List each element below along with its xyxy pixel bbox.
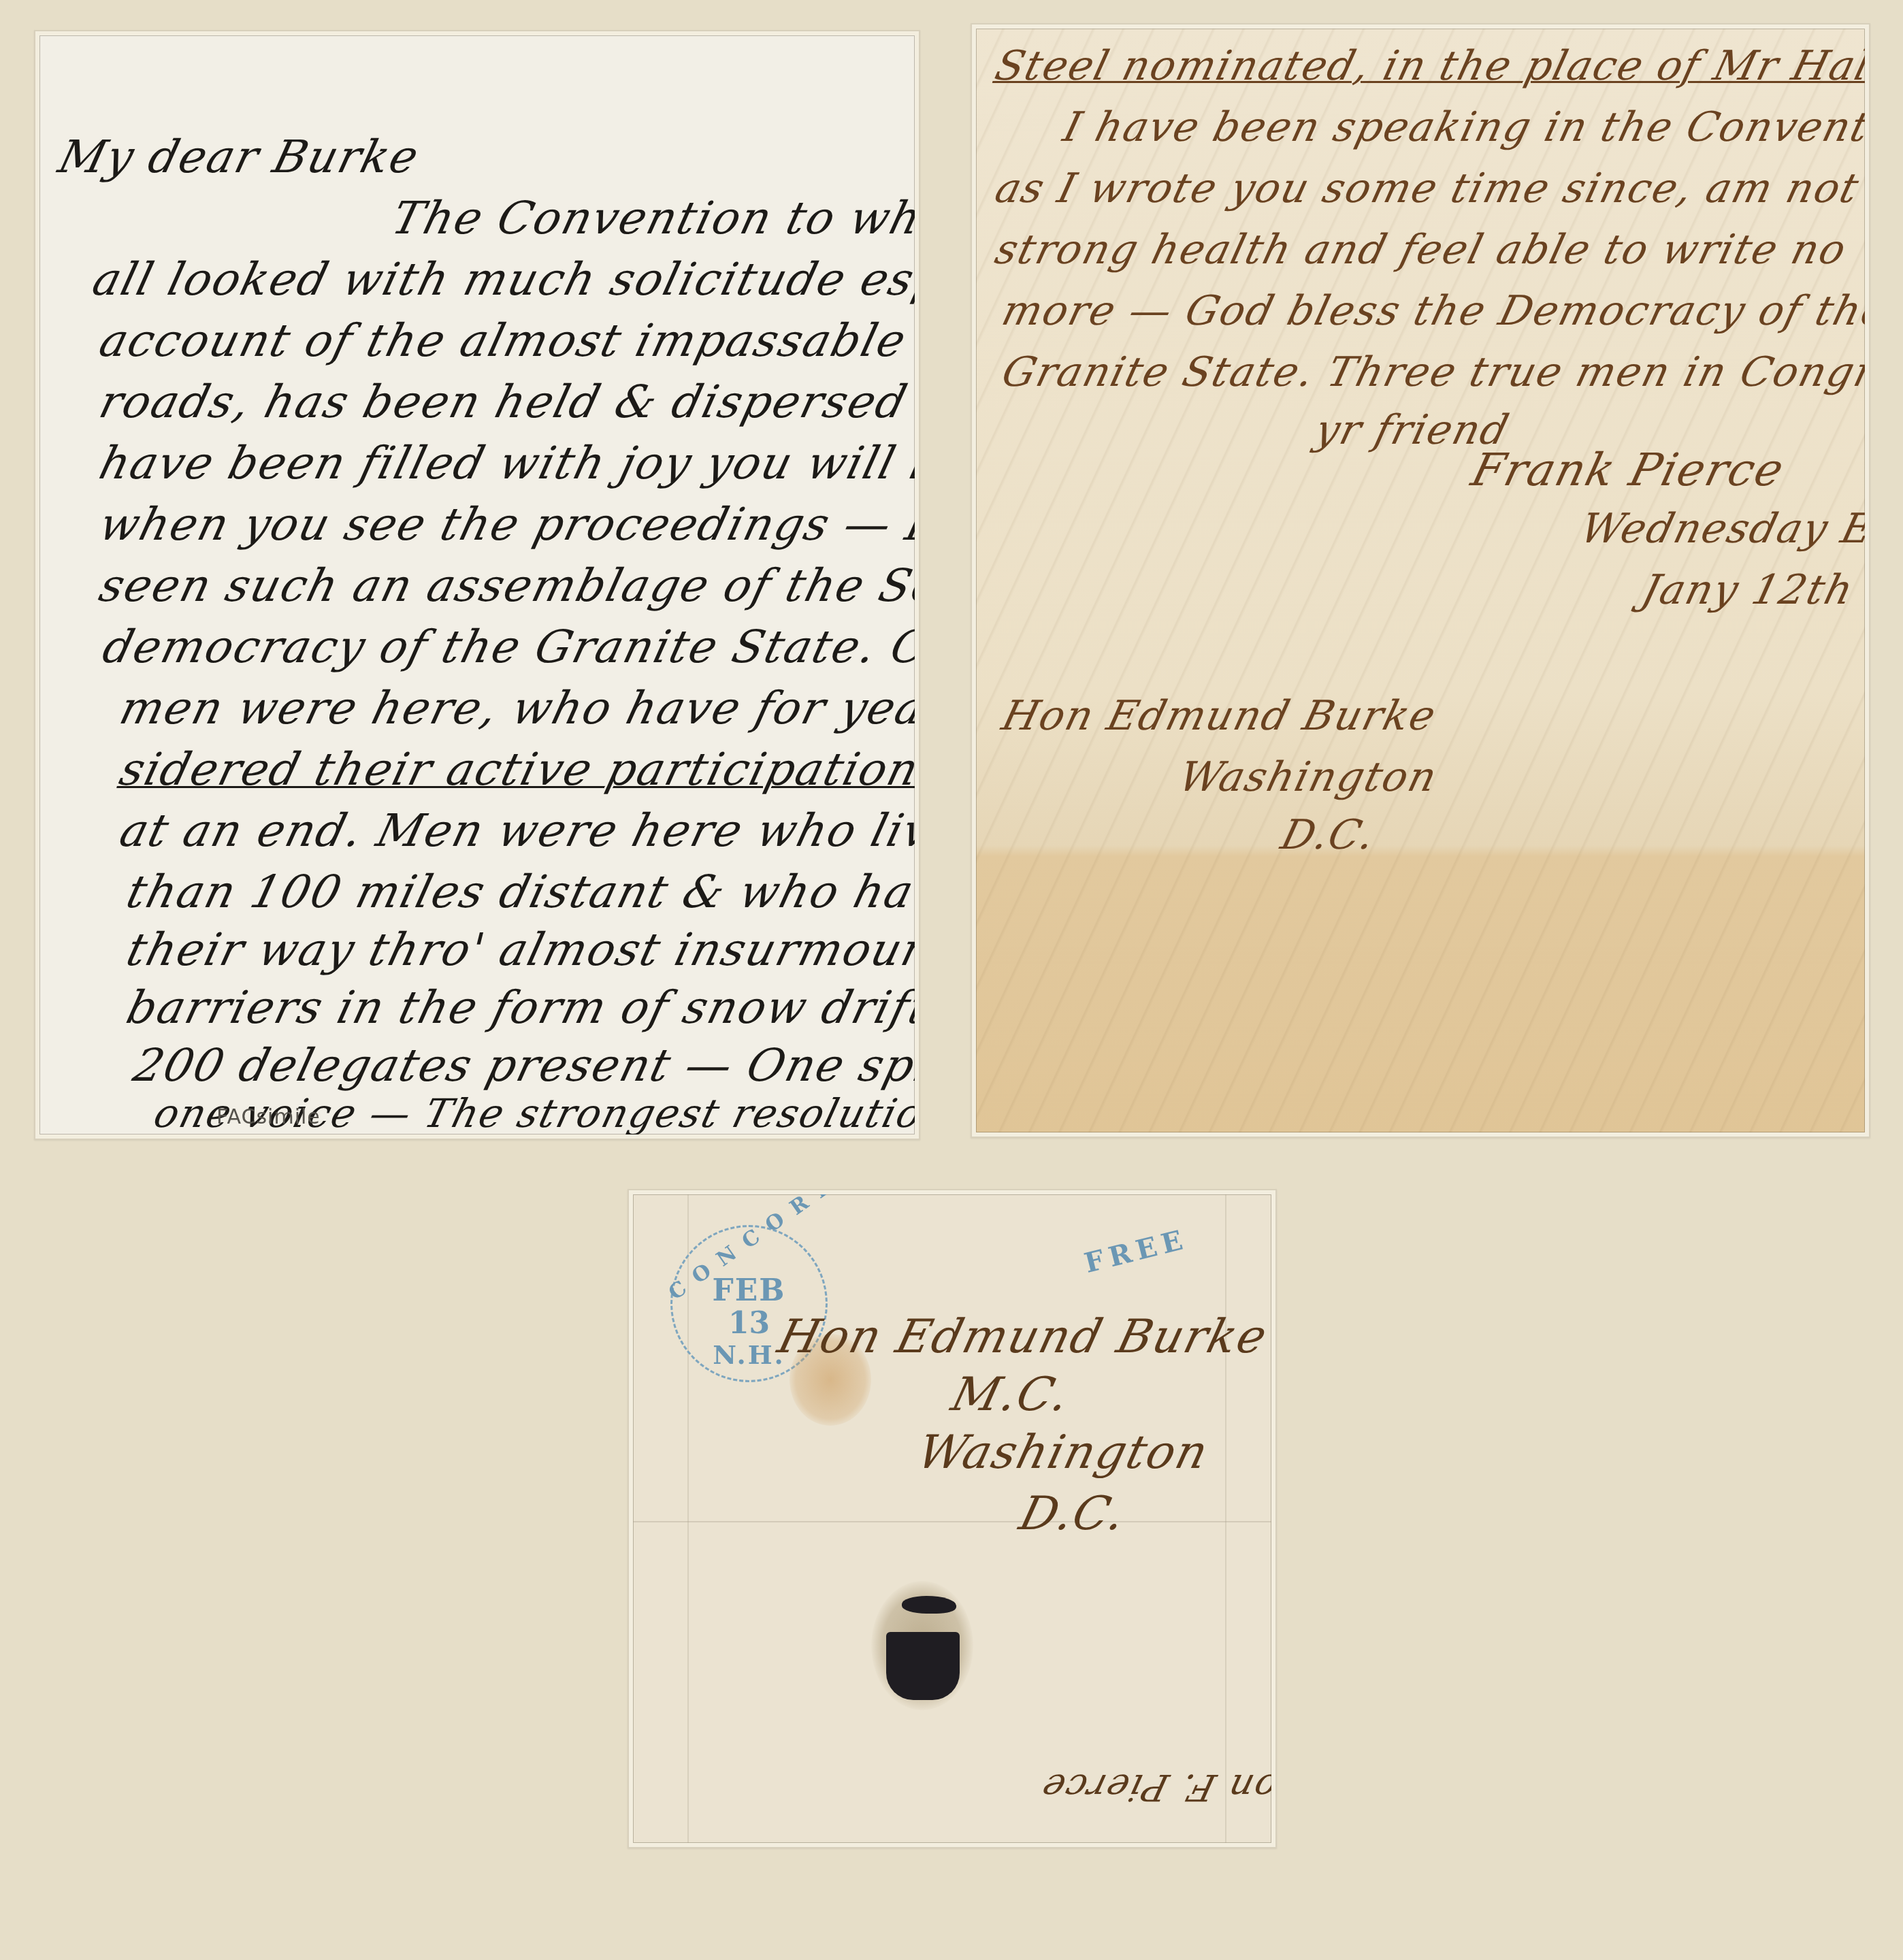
letter-line: Granite State. Three true men in Congres… — [997, 348, 1865, 396]
wax-seal-fragment — [902, 1596, 956, 1614]
date-line: Wednesday Evng — [1576, 505, 1865, 553]
letter-line: barriers in the form of snow drifts. Nea… — [121, 981, 915, 1034]
right-letter-original: Steel nominated, in the place of Mr Hale… — [976, 29, 1865, 1132]
letter-line: than 100 miles distant & who have forced — [121, 866, 915, 918]
letter-line: strong health and feel able to write no — [990, 226, 1852, 274]
letter-line: roads, has been held & dispersed — How o… — [94, 376, 915, 428]
left-letter-facsimile: My dear Burke The Convention to which we… — [39, 35, 915, 1134]
fold-line — [1225, 1194, 1226, 1843]
address-line: Washington — [912, 1426, 1214, 1480]
letter-line: I have been speaking in the Convention a… — [1058, 103, 1865, 151]
letter-line: at an end. Men were here who live more — [114, 804, 915, 857]
address-line: M.C. — [946, 1368, 1075, 1422]
address-line: Hon Edmund Burke — [997, 692, 1442, 740]
letter-line: democracy of the Granite State. Old trie… — [97, 621, 915, 673]
letter-line: as I wrote you some time since, am not i… — [990, 165, 1865, 212]
date-line: Jany 12th — [1637, 566, 1859, 614]
letter-line: sidered their active participation in po… — [114, 743, 915, 796]
address-line: D.C. — [1014, 1487, 1132, 1541]
postmark-month: FEB — [672, 1273, 826, 1308]
letter-line: when you see the proceedings — I have ne… — [94, 498, 915, 551]
docket-upside-down: Hon F. Pierce — [1036, 1766, 1271, 1809]
wax-seal-icon — [886, 1632, 960, 1700]
envelope-address-leaf: CONCORD FEB 13 N.H. FREE Hon Edmund Burk… — [633, 1194, 1271, 1843]
letter-line: their way thro' almost insurmountable — [121, 924, 915, 976]
address-line: Washington — [1174, 753, 1442, 801]
free-frank-stamp: FREE — [1081, 1223, 1191, 1279]
letter-line: The Convention to which we have — [387, 192, 915, 244]
facsimile-pencil-note: FACsimile — [216, 1105, 321, 1129]
letter-line: account of the almost impassable state o… — [94, 314, 915, 367]
fold-line — [633, 1521, 1271, 1522]
letter-line: men were here, who have for years con- — [114, 682, 915, 734]
address-line: Hon Edmund Burke — [772, 1310, 1271, 1364]
signature: Frank Pierce — [1466, 444, 1790, 496]
letter-line: 200 delegates present — One spirit — [128, 1039, 915, 1092]
letter-line: more — God bless the Democracy of the — [997, 287, 1865, 335]
letter-line: Steel nominated, in the place of Mr Hale… — [990, 42, 1865, 90]
letter-line: seen such an assemblage of the Sound hea… — [94, 559, 915, 612]
salutation: My dear Burke — [53, 131, 425, 183]
letter-line: have been filled with joy you will imagi… — [94, 437, 915, 489]
letter-line: all looked with much solicitude especial… — [87, 253, 915, 306]
address-line: D.C. — [1276, 811, 1380, 859]
